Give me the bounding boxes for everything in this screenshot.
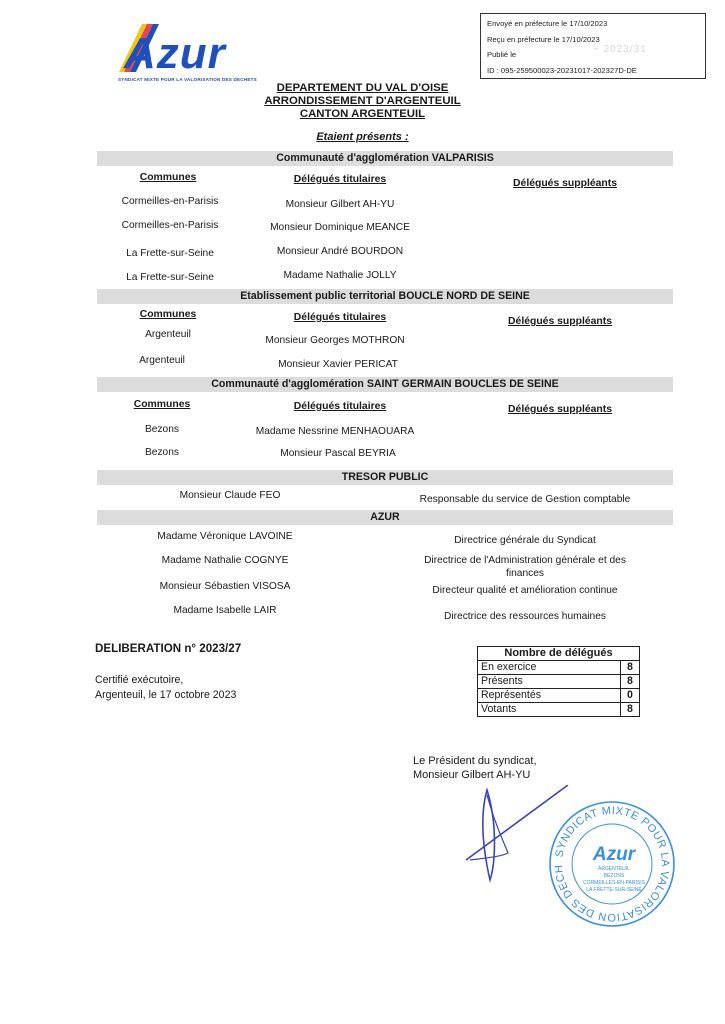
col-header-suppleants: Délégués suppléants xyxy=(490,404,630,415)
count-label: Représentés xyxy=(478,689,621,703)
stamp-line: LA FRETTE-SUR-SEINE xyxy=(586,887,642,893)
present-label: Etaient présents : xyxy=(0,131,725,143)
place-date: Argenteuil, le 17 octobre 2023 xyxy=(95,689,236,701)
deliberation-title: DELIBERATION n° 2023/27 xyxy=(95,642,241,655)
titulaire-cell: Madame Nessrine MENHAOUARA xyxy=(235,426,435,437)
official-stamp: SYNDICAT MIXTE POUR LA VALORISATION DES … xyxy=(548,800,676,928)
logo-wordmark: Azur xyxy=(124,32,226,76)
commune-cell: Bezons xyxy=(112,447,212,458)
certified-label: Certifié exécutoire, xyxy=(95,674,183,686)
sent-date: Envoyé en préfecture le 17/10/2023 xyxy=(487,16,699,32)
stamp-line: CORMEILLES-EN-PARISIS xyxy=(583,880,646,886)
staff-role: Directrice générale du Syndicat xyxy=(395,535,655,546)
staff-name: Monsieur Sébastien VISOSA xyxy=(140,581,310,592)
header-department: DEPARTEMENT DU VAL D'OISE xyxy=(0,82,725,94)
col-header-titulaires: Délégués titulaires xyxy=(270,174,410,185)
staff-role: Directeur qualité et amélioration contin… xyxy=(395,585,655,596)
col-header-titulaires: Délégués titulaires xyxy=(270,312,410,323)
titulaire-cell: Monsieur Georges MOTHRON xyxy=(245,335,425,346)
titulaire-cell: Monsieur Pascal BEYRIA xyxy=(248,448,428,459)
commune-cell: Cormeilles-en-Parisis xyxy=(105,196,235,207)
staff-role-cont: finances xyxy=(385,568,665,579)
titulaire-cell: Monsieur André BOURDON xyxy=(250,246,430,257)
header-arrondissement: ARRONDISSEMENT D'ARGENTEUIL xyxy=(0,95,725,107)
stamp-logo: Azur xyxy=(592,844,637,865)
staff-name: Madame Nathalie COGNYE xyxy=(140,555,310,566)
tresor-name: Monsieur Claude FEO xyxy=(150,490,310,501)
section-title-valparisis: Communauté d'agglomération VALPARISIS xyxy=(97,151,673,166)
prefecture-receipt-box: Envoyé en préfecture le 17/10/2023 Reçu … xyxy=(480,13,706,79)
table-row: En exercice 8 xyxy=(478,661,640,675)
section-title-boucle-nord: Etablissement public territorial BOUCLE … xyxy=(97,289,673,304)
staff-name: Madame Isabelle LAIR xyxy=(140,605,310,616)
stamp-line: ARGENTEUIL xyxy=(598,866,630,872)
section-title-saint-germain: Communauté d'agglomération SAINT GERMAIN… xyxy=(97,377,673,392)
commune-cell: La Frette-sur-Seine xyxy=(105,248,235,259)
count-label: Présents xyxy=(478,675,621,689)
commune-cell: Argenteuil xyxy=(118,329,218,340)
count-label: En exercice xyxy=(478,661,621,675)
col-header-suppleants: Délégués suppléants xyxy=(490,316,630,327)
header-canton: CANTON ARGENTEUIL xyxy=(0,108,725,120)
table-row: Votants 8 xyxy=(478,703,640,717)
col-header-communes: Communes xyxy=(112,399,212,410)
ghost-stamp: ~ 2023/31 xyxy=(593,42,647,58)
count-value: 8 xyxy=(621,675,640,689)
titulaire-cell: Madame Nathalie JOLLY xyxy=(250,270,430,281)
table-header-row: Nombre de délégués xyxy=(478,647,640,661)
count-value: 0 xyxy=(621,689,640,703)
commune-cell: La Frette-sur-Seine xyxy=(105,272,235,283)
titulaire-cell: Monsieur Gilbert AH-YU xyxy=(250,199,430,210)
staff-name: Madame Véronique LAVOINE xyxy=(140,531,310,542)
titulaire-cell: Monsieur Dominique MEANCE xyxy=(250,222,430,233)
titulaire-cell: Monsieur Xavier PERICAT xyxy=(248,359,428,370)
stamp-line: BEZONS xyxy=(604,873,625,879)
count-value: 8 xyxy=(621,661,640,675)
staff-role: Directrice des ressources humaines xyxy=(395,611,655,622)
commune-cell: Bezons xyxy=(112,424,212,435)
azur-logo: Azur SYNDICAT MIXTE POUR LA VALORISATION… xyxy=(112,20,272,80)
tresor-role: Responsable du service de Gestion compta… xyxy=(385,494,665,505)
document-id: ID : 095-259500023-20231017-202327D-DE xyxy=(487,63,699,79)
count-label: Votants xyxy=(478,703,621,717)
table-row: Représentés 0 xyxy=(478,689,640,703)
section-title-tresor: TRESOR PUBLIC xyxy=(97,470,673,485)
count-value: 8 xyxy=(621,703,640,717)
commune-cell: Cormeilles-en-Parisis xyxy=(105,220,235,231)
col-header-suppleants: Délégués suppléants xyxy=(495,178,635,189)
col-header-titulaires: Délégués titulaires xyxy=(270,401,410,412)
col-header-communes: Communes xyxy=(118,309,218,320)
col-header-communes: Communes xyxy=(118,172,218,183)
commune-cell: Argenteuil xyxy=(112,355,212,366)
staff-role: Directrice de l'Administration générale … xyxy=(385,555,665,566)
signatory-name: Monsieur Gilbert AH-YU xyxy=(413,769,530,781)
section-title-azur: AZUR xyxy=(97,510,673,525)
delegates-count-table: Nombre de délégués En exercice 8 Présent… xyxy=(477,646,640,717)
signatory-title: Le Président du syndicat, xyxy=(413,755,537,767)
table-row: Présents 8 xyxy=(478,675,640,689)
table-header: Nombre de délégués xyxy=(478,647,640,661)
